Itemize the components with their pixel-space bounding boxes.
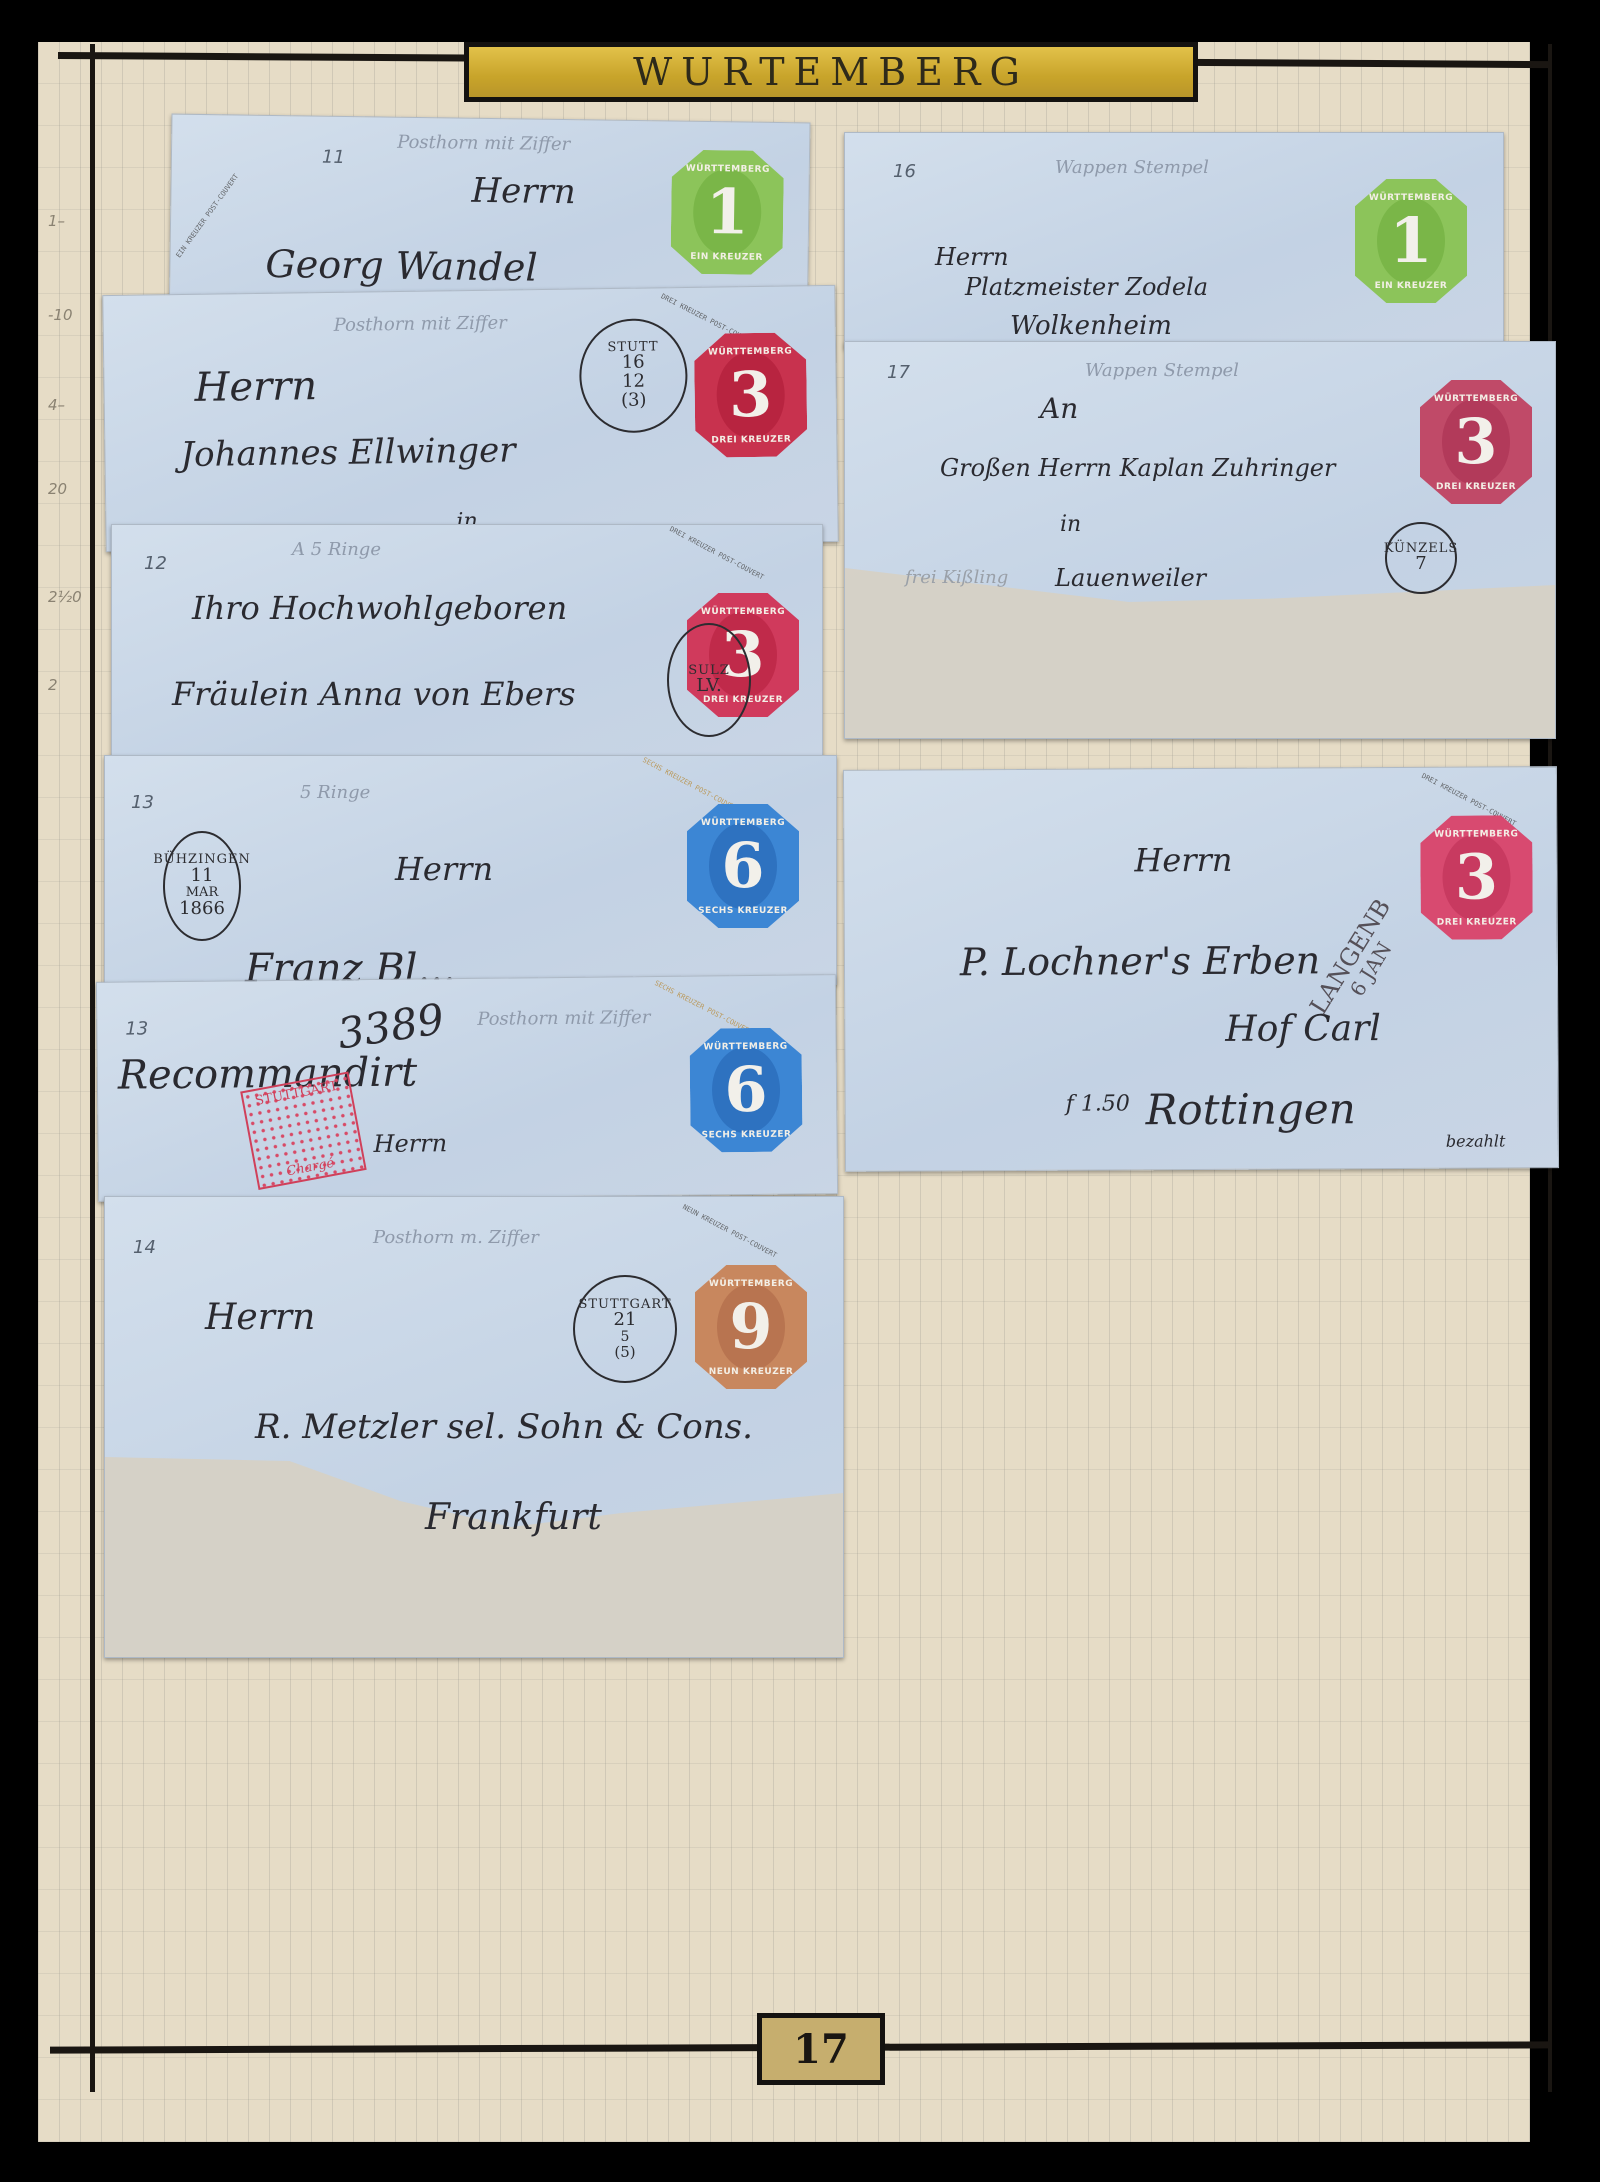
fee-note: f 1.50 <box>1066 1091 1130 1116</box>
page-number: 17 <box>762 2018 880 2080</box>
envelope-13-registered[interactable]: SECHS KREUZER POST-COUVERT 13 Posthorn m… <box>96 974 838 1202</box>
envelope-16[interactable]: 16 Wappen Stempel Herrn Platzmeister Zod… <box>844 132 1504 349</box>
address-line: Herrn <box>395 850 493 888</box>
envelope-ellwinger[interactable]: DREI KREUZER POST-COUVERT Posthorn mit Z… <box>102 285 839 552</box>
postmark: STUTT 16 12 (3) <box>579 318 689 433</box>
address-line: P. Lochner's Erben <box>960 938 1320 984</box>
address-line: Ihro Hochwohlgeboren <box>192 589 567 627</box>
pencil-note: A 5 Ringe <box>292 539 381 560</box>
envelope-lochner[interactable]: DREI KREUZER POST-COUVERT Herrn P. Lochn… <box>843 766 1559 1172</box>
stamp-9-kreuzer: WÜRTTEMBERG 9 NEUN KREUZER <box>695 1265 807 1389</box>
address-line: in <box>1060 512 1081 537</box>
address-line: Rottingen <box>1146 1084 1356 1134</box>
address-line: Wolkenheim <box>1010 311 1172 341</box>
stamp-3-kreuzer: WÜRTTEMBERG 3 DREI KREUZER <box>694 332 808 458</box>
address-line: Großen Herrn Kaplan Zuhringer <box>940 454 1335 482</box>
diagonal-print: SECHS KREUZER POST-COUVERT <box>653 979 754 1037</box>
address-line: Fräulein Anna von Ebers <box>172 675 576 713</box>
pencil-note: Posthorn mit Ziffer <box>477 1007 650 1030</box>
registry-box-cancel: STUTTGART Chargé <box>240 1071 367 1190</box>
pencil-note: Posthorn m. Ziffer <box>373 1227 539 1248</box>
envelope-17[interactable]: 17 Wappen Stempel An Großen Herrn Kaplan… <box>844 341 1556 739</box>
pencil-note: Wappen Stempel <box>1055 157 1209 178</box>
margin-mark: 2½0 <box>48 588 82 606</box>
address-line: Lauenweiler <box>1055 564 1206 592</box>
address-line: An <box>1040 392 1078 425</box>
title-plate: WURTEMBERG <box>464 42 1198 102</box>
address-line: Hof Carl <box>1225 1008 1381 1050</box>
address-line: R. Metzler sel. Sohn & Cons. <box>255 1407 753 1447</box>
stamp-3-kreuzer: WÜRTTEMBERG 3 DREI KREUZER <box>1420 815 1533 940</box>
address-line: Herrn <box>471 171 576 212</box>
envelope-number: 14 <box>133 1237 156 1258</box>
postmark: KÜNZELS 7 <box>1385 522 1457 594</box>
address-line: Herrn <box>205 1297 315 1338</box>
envelope-number: 11 <box>322 147 345 168</box>
stamp-3-kreuzer: WÜRTTEMBERG 3 DREI KREUZER <box>1420 380 1532 504</box>
address-line: Platzmeister Zodela <box>965 273 1208 301</box>
trailing-note: bezahlt <box>1446 1131 1506 1150</box>
envelope-flap <box>845 568 1555 738</box>
page-title: WURTEMBERG <box>469 47 1193 97</box>
stamp-1-kreuzer: WÜRTTEMBERG 1 EIN KREUZER <box>670 150 784 276</box>
diagonal-print: DREI KREUZER POST-COUVERT <box>668 525 765 582</box>
address-line: Herrn <box>373 1129 447 1158</box>
envelope-12[interactable]: DREI KREUZER POST-COUVERT 12 A 5 Ringe I… <box>111 524 823 760</box>
envelope-13-buhzingen[interactable]: SECHS KREUZER POST-COUVERT 13 5 Ringe BÜ… <box>104 755 837 985</box>
address-line: Herrn <box>935 243 1009 271</box>
page-frame-left <box>90 44 95 2092</box>
flap-note: frei Kißling <box>905 567 1008 588</box>
address-line: Georg Wandel <box>265 242 538 290</box>
address-line: Herrn <box>194 363 317 411</box>
address-line: Johannes Ellwinger <box>180 430 516 475</box>
pencil-note: 5 Ringe <box>300 782 370 803</box>
margin-mark: -10 <box>48 306 73 324</box>
postmark: BÜHZINGEN 11 MAR 1866 <box>163 831 241 941</box>
page-number-plate: 17 <box>757 2013 885 2085</box>
margin-mark: 4– <box>48 396 65 414</box>
envelope-number: 13 <box>125 1018 148 1039</box>
postmark: STUTTGART 21 5 (5) <box>573 1275 677 1383</box>
pencil-note: Wappen Stempel <box>1085 360 1239 381</box>
envelope-14[interactable]: NEUN KREUZER POST-COUVERT 14 Posthorn m.… <box>104 1196 844 1658</box>
envelope-flap <box>105 1457 843 1657</box>
pencil-note: Posthorn mit Ziffer <box>334 312 507 335</box>
envelope-number: 13 <box>131 792 154 813</box>
postmark: SULZ LV. <box>667 623 751 737</box>
address-line: Frankfurt <box>425 1497 602 1538</box>
envelope-number: 16 <box>893 161 916 182</box>
margin-mark: 1– <box>48 212 65 230</box>
stamp-6-kreuzer: WÜRTTEMBERG 6 SECHS KREUZER <box>687 804 799 928</box>
diagonal-print: NEUN KREUZER POST-COUVERT <box>681 1203 778 1260</box>
stamp-6-kreuzer: WÜRTTEMBERG 6 SECHS KREUZER <box>689 1027 802 1152</box>
margin-mark: 2 <box>48 676 58 694</box>
envelope-number: 12 <box>144 553 167 574</box>
margin-mark: 20 <box>48 480 67 498</box>
pencil-note: Posthorn mit Ziffer <box>397 132 570 155</box>
address-line: Herrn <box>1134 841 1232 880</box>
diagonal-print: EIN KREUZER POST-COUVERT <box>175 173 241 260</box>
stamp-1-kreuzer: WÜRTTEMBERG 1 EIN KREUZER <box>1355 179 1467 303</box>
envelope-number: 17 <box>887 362 910 383</box>
